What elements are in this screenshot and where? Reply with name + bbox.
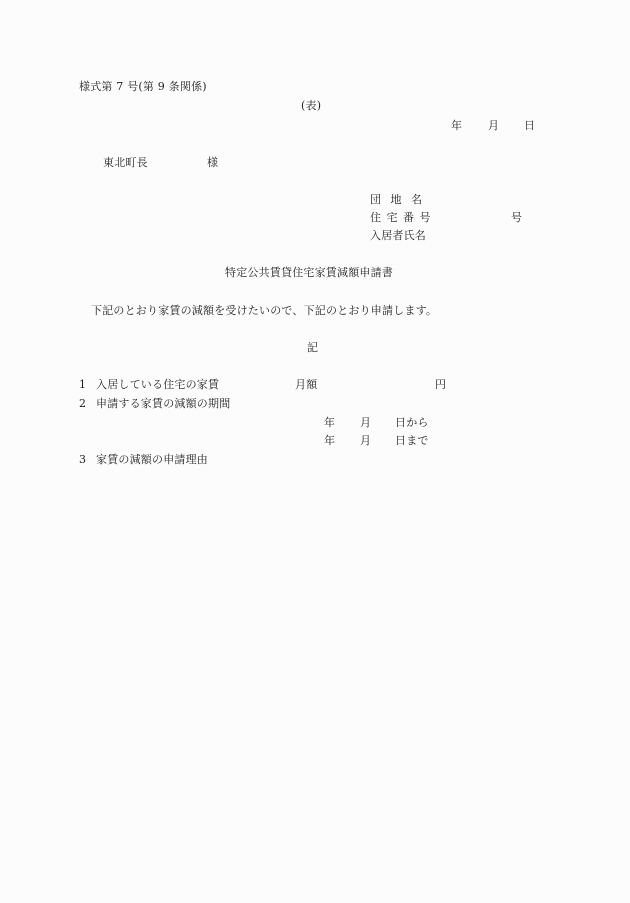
resident-name-label: 入居者氏名	[370, 229, 426, 243]
item-1-yen-label: 円	[435, 378, 446, 392]
form-number-label: 様式第 7 号(第 9 条関係)	[79, 80, 207, 94]
period-from-day: 日から	[395, 416, 429, 430]
house-number-label: 住 宅 番 号	[370, 211, 432, 225]
item-1-label: 入居している住宅の家賃	[96, 378, 219, 392]
period-from-year: 年	[324, 416, 335, 430]
period-to-day: 日まで	[395, 434, 429, 448]
item-2-number: 2	[79, 397, 86, 411]
item-3-label: 家賃の減額の申請理由	[96, 453, 208, 467]
recipient-honorific: 様	[207, 156, 218, 170]
period-to-year: 年	[324, 434, 335, 448]
item-1-monthly-label: 月額	[295, 378, 317, 392]
body-text: 下記のとおり家賃の減額を受けたいので、下記のとおり申請します。	[91, 304, 437, 318]
item-3-number: 3	[79, 453, 86, 467]
document-page: 様式第 7 号(第 9 条関係) (表) 年 月 日 東北町長 様 団 地 名 …	[0, 0, 630, 903]
date-day-label: 日	[524, 119, 535, 133]
date-month-label: 月	[488, 119, 499, 133]
period-from-month: 月	[360, 416, 371, 430]
document-title: 特定公共賃貸住宅家賃減額申請書	[225, 266, 393, 280]
item-1-number: 1	[79, 378, 86, 392]
period-to-month: 月	[360, 434, 371, 448]
item-2-label: 申請する家賃の減額の期間	[96, 397, 230, 411]
date-year-label: 年	[451, 119, 462, 133]
side-label: (表)	[301, 99, 321, 113]
record-heading: 記	[307, 341, 318, 355]
house-number-suffix: 号	[511, 211, 522, 225]
recipient-name: 東北町長	[103, 156, 148, 170]
complex-name-label: 団 地 名	[370, 193, 425, 207]
